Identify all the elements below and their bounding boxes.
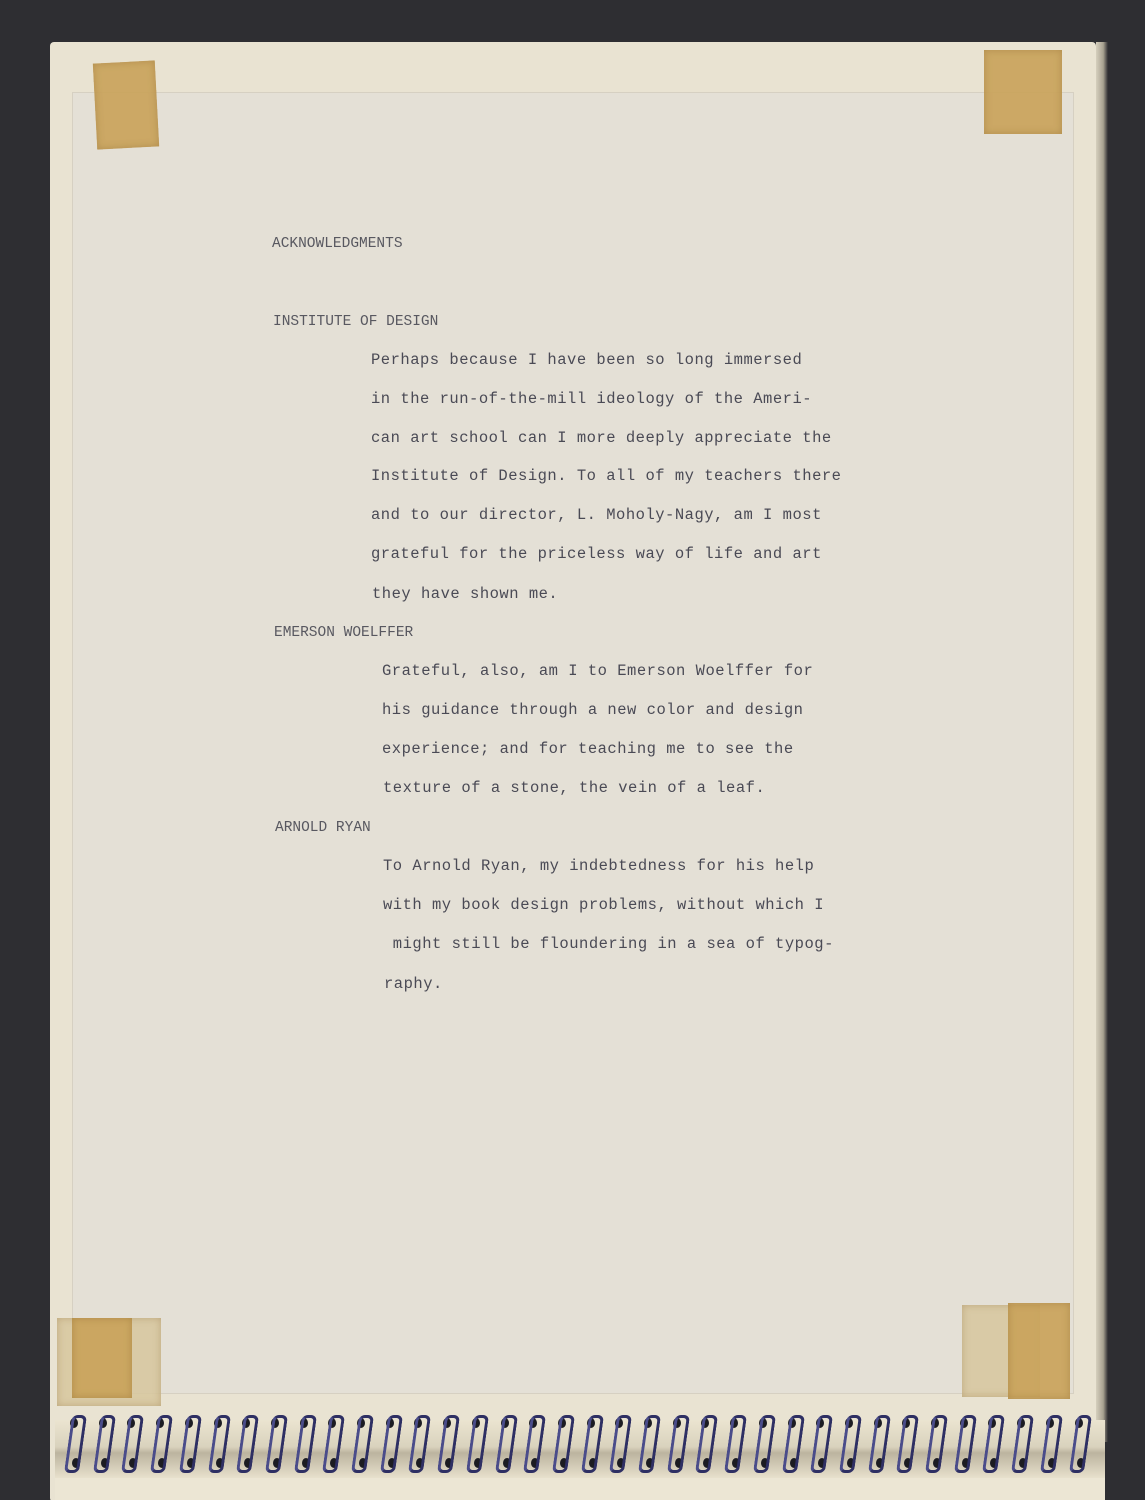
- board-edge: [1096, 42, 1108, 1442]
- paragraph-line: Institute of Design. To all of my teache…: [371, 467, 841, 485]
- paragraph-line: in the run-of-the-mill ideology of the A…: [371, 390, 812, 408]
- paragraph-line: experience; and for teaching me to see t…: [382, 740, 794, 758]
- paragraph-line: To Arnold Ryan, my indebtedness for his …: [383, 857, 814, 875]
- paragraph-line: his guidance through a new color and des…: [382, 701, 803, 719]
- section-heading-woelffer: EMERSON WOELFFER: [274, 625, 413, 641]
- tape-bottom-right: [1008, 1303, 1070, 1399]
- section-heading-institute: INSTITUTE OF DESIGN: [273, 314, 438, 330]
- paragraph-line: with my book design problems, without wh…: [383, 896, 824, 914]
- paragraph-line: Grateful, also, am I to Emerson Woelffer…: [382, 662, 813, 680]
- tape-top-right: [984, 50, 1062, 134]
- paragraph-line: Perhaps because I have been so long imme…: [371, 351, 802, 369]
- paragraph-line: can art school can I more deeply appreci…: [371, 429, 832, 447]
- tape-top-left: [93, 60, 159, 149]
- paragraph-line: grateful for the priceless way of life a…: [371, 545, 822, 563]
- paragraph-line: might still be floundering in a sea of t…: [383, 935, 834, 953]
- paragraph-line: texture of a stone, the vein of a leaf.: [383, 779, 765, 797]
- section-heading-ryan: ARNOLD RYAN: [275, 820, 371, 836]
- paragraph-line: raphy.: [384, 975, 443, 993]
- page-title: ACKNOWLEDGMENTS: [272, 236, 403, 252]
- paragraph-line: and to our director, L. Moholy-Nagy, am …: [371, 506, 822, 524]
- tape-bottom-left: [72, 1318, 132, 1398]
- next-page-edge: [55, 1478, 1105, 1500]
- paragraph-line: they have shown me.: [372, 585, 558, 603]
